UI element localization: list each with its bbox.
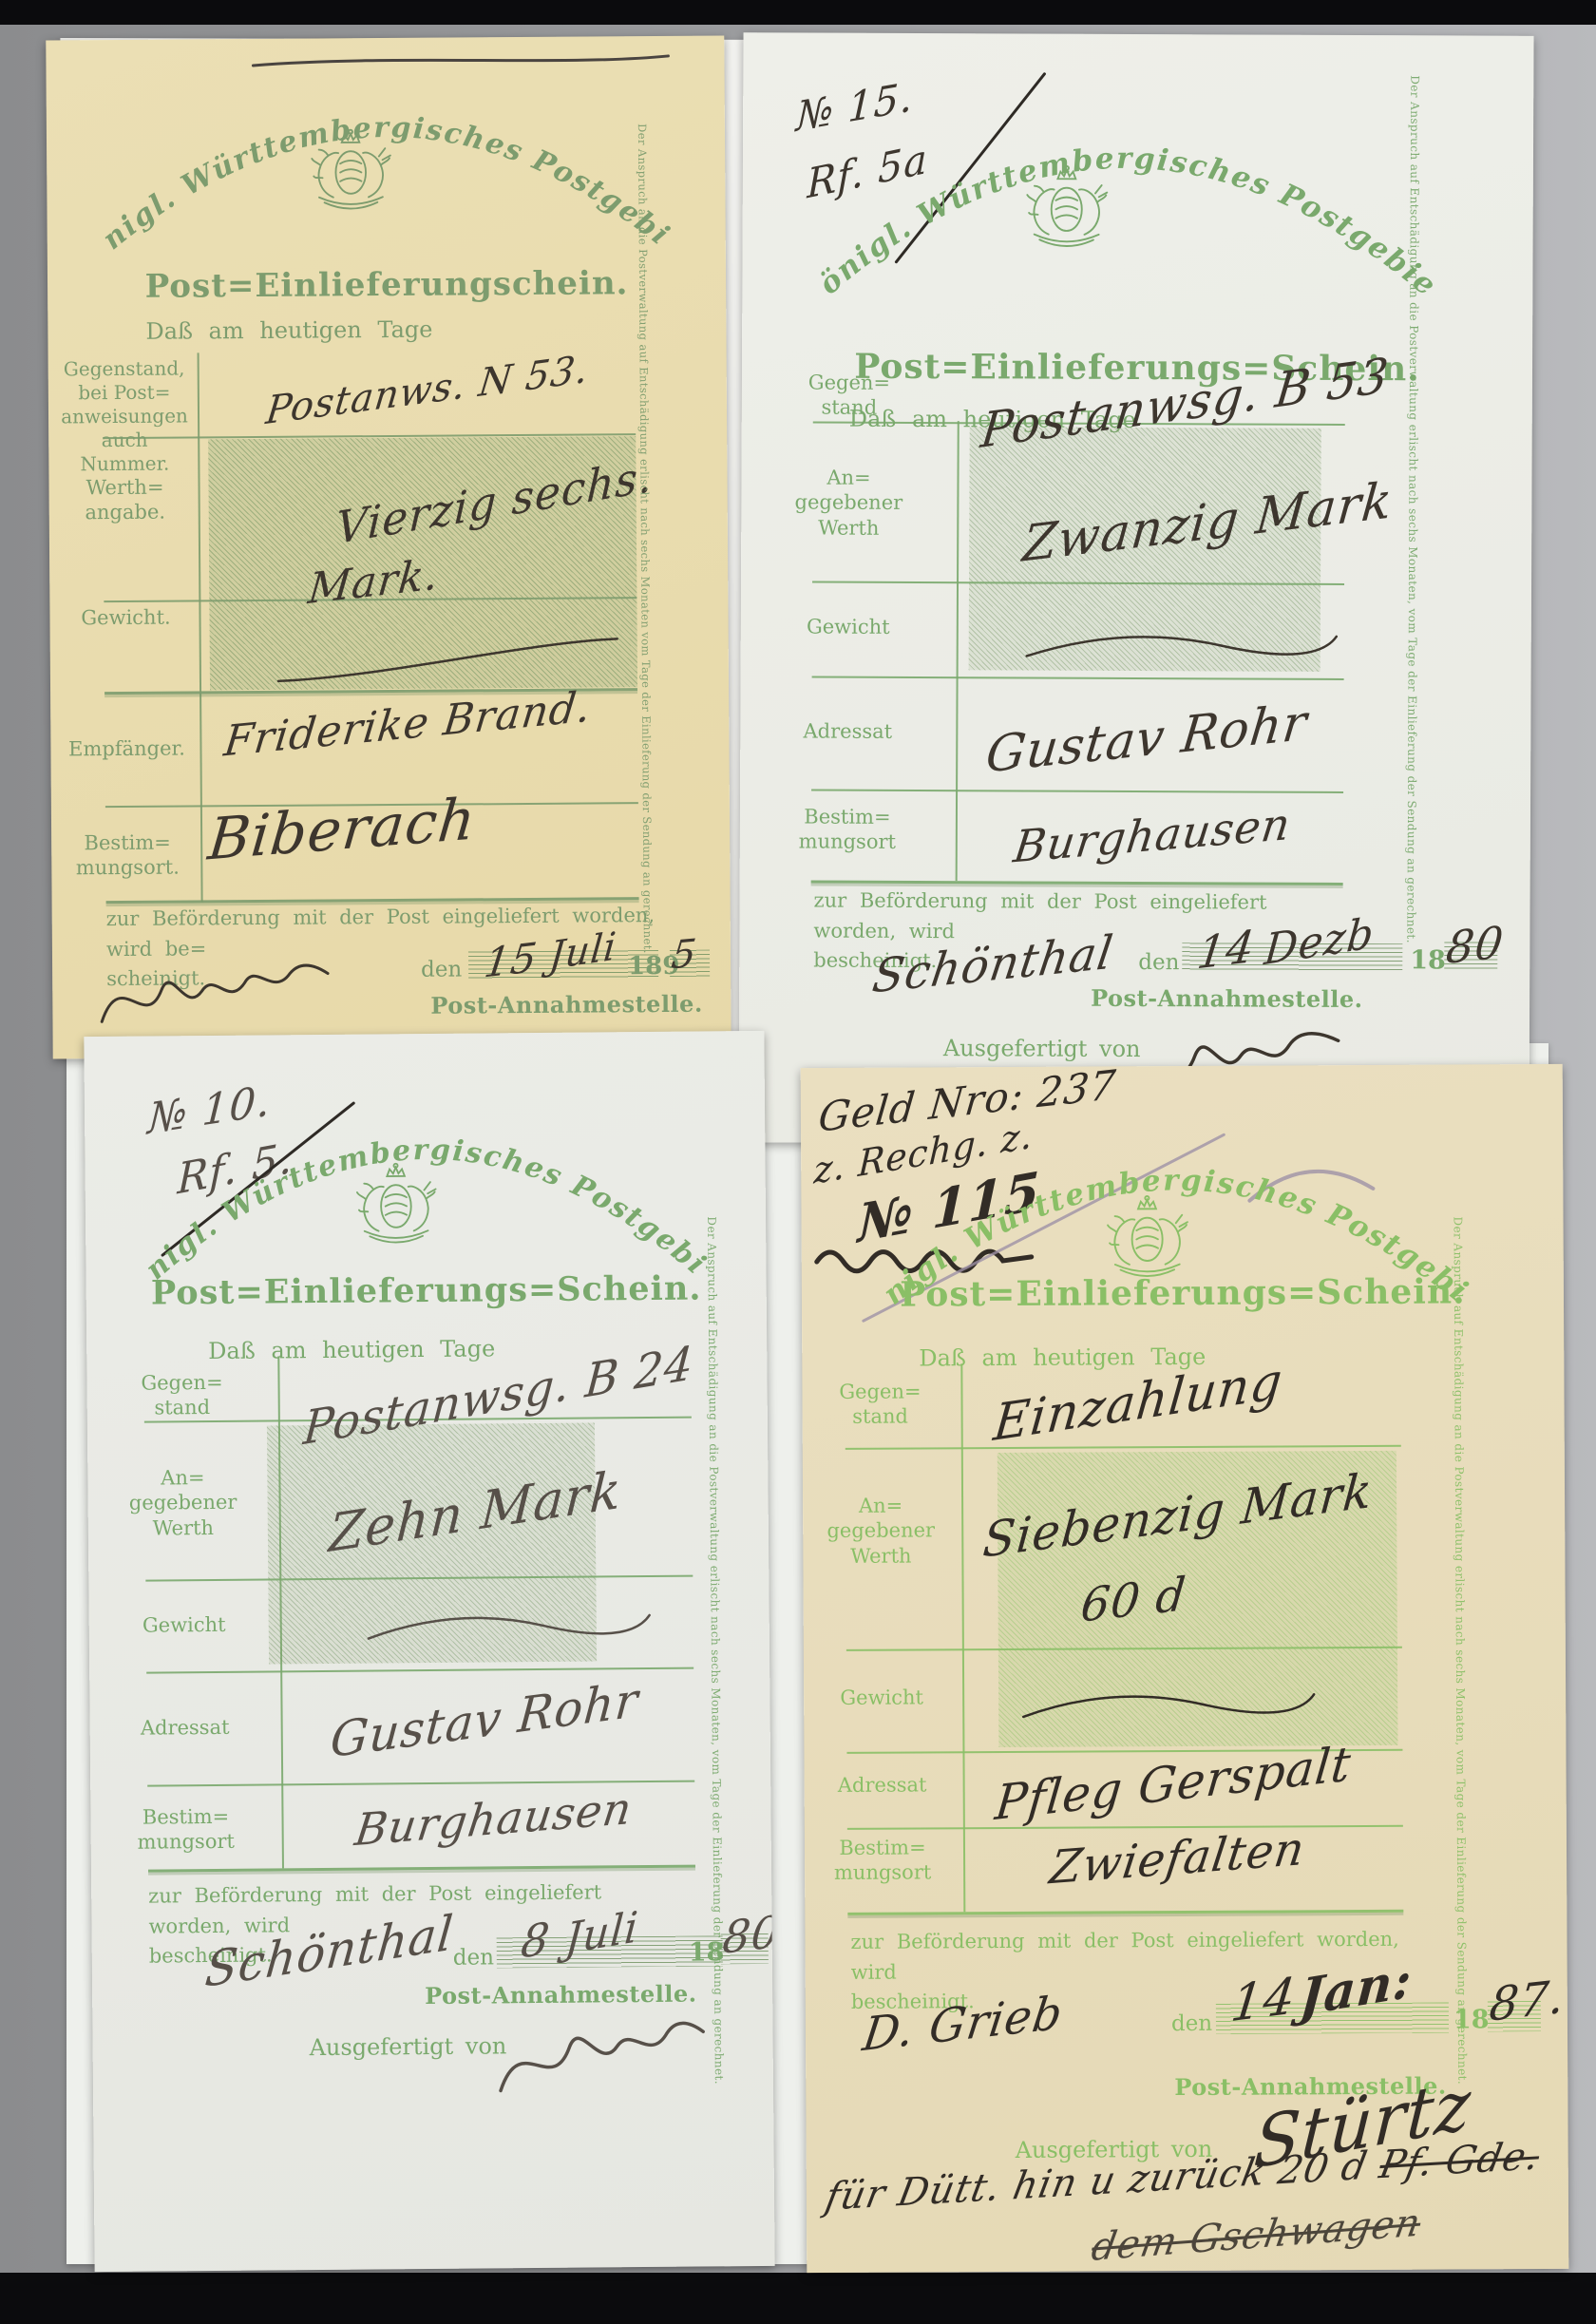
stroke-flourish-gewicht bbox=[274, 633, 625, 689]
den-label: den bbox=[1138, 950, 1179, 975]
label-gewicht: Gewicht bbox=[97, 1611, 272, 1638]
rule bbox=[847, 1910, 1403, 1915]
label-bestimmungsort: Bestim= mungsort bbox=[98, 1803, 273, 1855]
rule bbox=[847, 1825, 1403, 1830]
date-day: 14 bbox=[1195, 925, 1258, 975]
entry-bestimmungsort: Burghausen bbox=[1012, 804, 1294, 868]
receipt-top-left: Königl. Württembergisches Postgebiet. Po… bbox=[46, 36, 731, 1059]
label-werth: An= gegebener Werth bbox=[95, 1464, 271, 1540]
label-adressat: Adressat bbox=[810, 1772, 955, 1798]
date-day: 14 bbox=[1228, 1973, 1299, 2029]
form-heading: Post=Einlieferungs=Schein. bbox=[86, 1268, 767, 1313]
year-hand: 5 bbox=[670, 935, 699, 974]
rule bbox=[811, 881, 1343, 886]
entry-bestimmungsort: Burghausen bbox=[352, 1788, 635, 1852]
coat-of-arms-icon bbox=[333, 1155, 458, 1263]
stroke-flourish-gewicht bbox=[1017, 1681, 1321, 1734]
rule bbox=[148, 1865, 695, 1873]
side-legal-note: Der Anspruch auf Entschädigung an die Po… bbox=[1404, 75, 1421, 1035]
stroke-flourish-gewicht bbox=[363, 1600, 657, 1654]
ausgefertigt-label: Ausgefertigt von bbox=[310, 2032, 507, 2061]
coat-of-arms-icon bbox=[289, 122, 413, 229]
label-gegenstand: Gegen= stand bbox=[94, 1369, 269, 1420]
rule bbox=[845, 1445, 1401, 1450]
receipt-bottom-left: № 10. Rf. 5. Königl. Württembergisches P… bbox=[84, 1031, 774, 2272]
label-werth: An= gegebener Werth bbox=[808, 1493, 953, 1569]
label-adressat: Adressat bbox=[750, 718, 945, 744]
label-gewicht: Gewicht. bbox=[55, 604, 196, 630]
den-label: den bbox=[421, 957, 462, 981]
receipt-top-right: № 15. Rf. 5a Königl. Württembergisches P… bbox=[738, 32, 1533, 1146]
rule bbox=[811, 790, 1343, 793]
label-bestimmungsort: Bestim= mungsort bbox=[810, 1835, 955, 1885]
entry-adressat: Gustav Rohr bbox=[329, 1678, 640, 1764]
label-bestimmungsort: Bestim= mungsort bbox=[750, 804, 945, 854]
entry-adressat: Pfleg Gerspalt bbox=[993, 1742, 1353, 1827]
table-divider bbox=[956, 421, 959, 881]
label-werth: An= gegebener Werth bbox=[750, 465, 946, 541]
form-heading: Post=Einlieferungschein. bbox=[47, 264, 726, 307]
coat-of-arms-icon bbox=[1003, 157, 1130, 267]
date-day: 15 bbox=[482, 939, 540, 983]
label-adressat: Adressat bbox=[98, 1714, 273, 1741]
entry-empfaenger: Friderike Brand. bbox=[222, 687, 594, 762]
form-heading: Post=Einlieferungs=Schein. bbox=[802, 1271, 1564, 1315]
intro-line: Daß am heutigen Tage bbox=[208, 1335, 495, 1364]
entry-bestimmungsort: Zwiefalten bbox=[1047, 1828, 1307, 1891]
bottom-note-2: dem Gschwagen bbox=[1089, 2204, 1423, 2266]
rule bbox=[146, 1667, 693, 1674]
label-gewicht: Gewicht bbox=[750, 614, 946, 639]
date-day: 8 bbox=[519, 1918, 552, 1965]
date-month: Juli bbox=[563, 1907, 639, 1960]
label-gegenstand: Gegen= stand bbox=[751, 370, 947, 420]
year-hand: 87. bbox=[1488, 1975, 1567, 2028]
den-label: den bbox=[453, 1945, 494, 1970]
date-month: Juli bbox=[547, 928, 617, 975]
label-gegenstand: Gegen= stand bbox=[807, 1379, 952, 1429]
intro-line: Daß am heutigen Tage bbox=[145, 316, 432, 345]
entry-adressat: Gustav Rohr bbox=[983, 700, 1309, 780]
entry-gegenstand: Einzahlung bbox=[992, 1358, 1285, 1448]
annahmestelle-label: Post-Annahmestelle. bbox=[430, 990, 703, 1019]
signature-scrawl bbox=[486, 1992, 715, 2118]
table-divider bbox=[960, 1363, 965, 1912]
entry-bestimmungsort: Biberach bbox=[206, 792, 479, 867]
label-werthangabe: Werth= angabe. bbox=[54, 474, 195, 525]
table-divider bbox=[198, 352, 203, 902]
year-hand: 80 bbox=[1444, 922, 1506, 969]
label-empfaenger: Empfänger. bbox=[56, 735, 197, 761]
den-label: den bbox=[1171, 2011, 1212, 2036]
ausgefertigt-label: Ausgefertigt von bbox=[943, 1035, 1141, 1062]
label-bestimmungsort: Bestim= mungsort. bbox=[57, 829, 198, 881]
rule bbox=[812, 676, 1344, 680]
entry-werth-2: 60 d bbox=[1079, 1573, 1188, 1629]
pen-stroke-top bbox=[250, 51, 673, 71]
year-hand: 80 bbox=[721, 1911, 775, 1959]
label-gewicht: Gewicht bbox=[809, 1685, 954, 1710]
receipt-bottom-right: Geld Nro: 237 z. Rechg. z. № 115 Königl.… bbox=[801, 1064, 1569, 2273]
entry-gegenstand: Postanws. N 53. bbox=[264, 351, 591, 429]
label-gegenstand: Gegenstand, bei Post= anweisungen auch N… bbox=[54, 356, 196, 476]
stroke-flourish-gewicht bbox=[1021, 618, 1344, 672]
